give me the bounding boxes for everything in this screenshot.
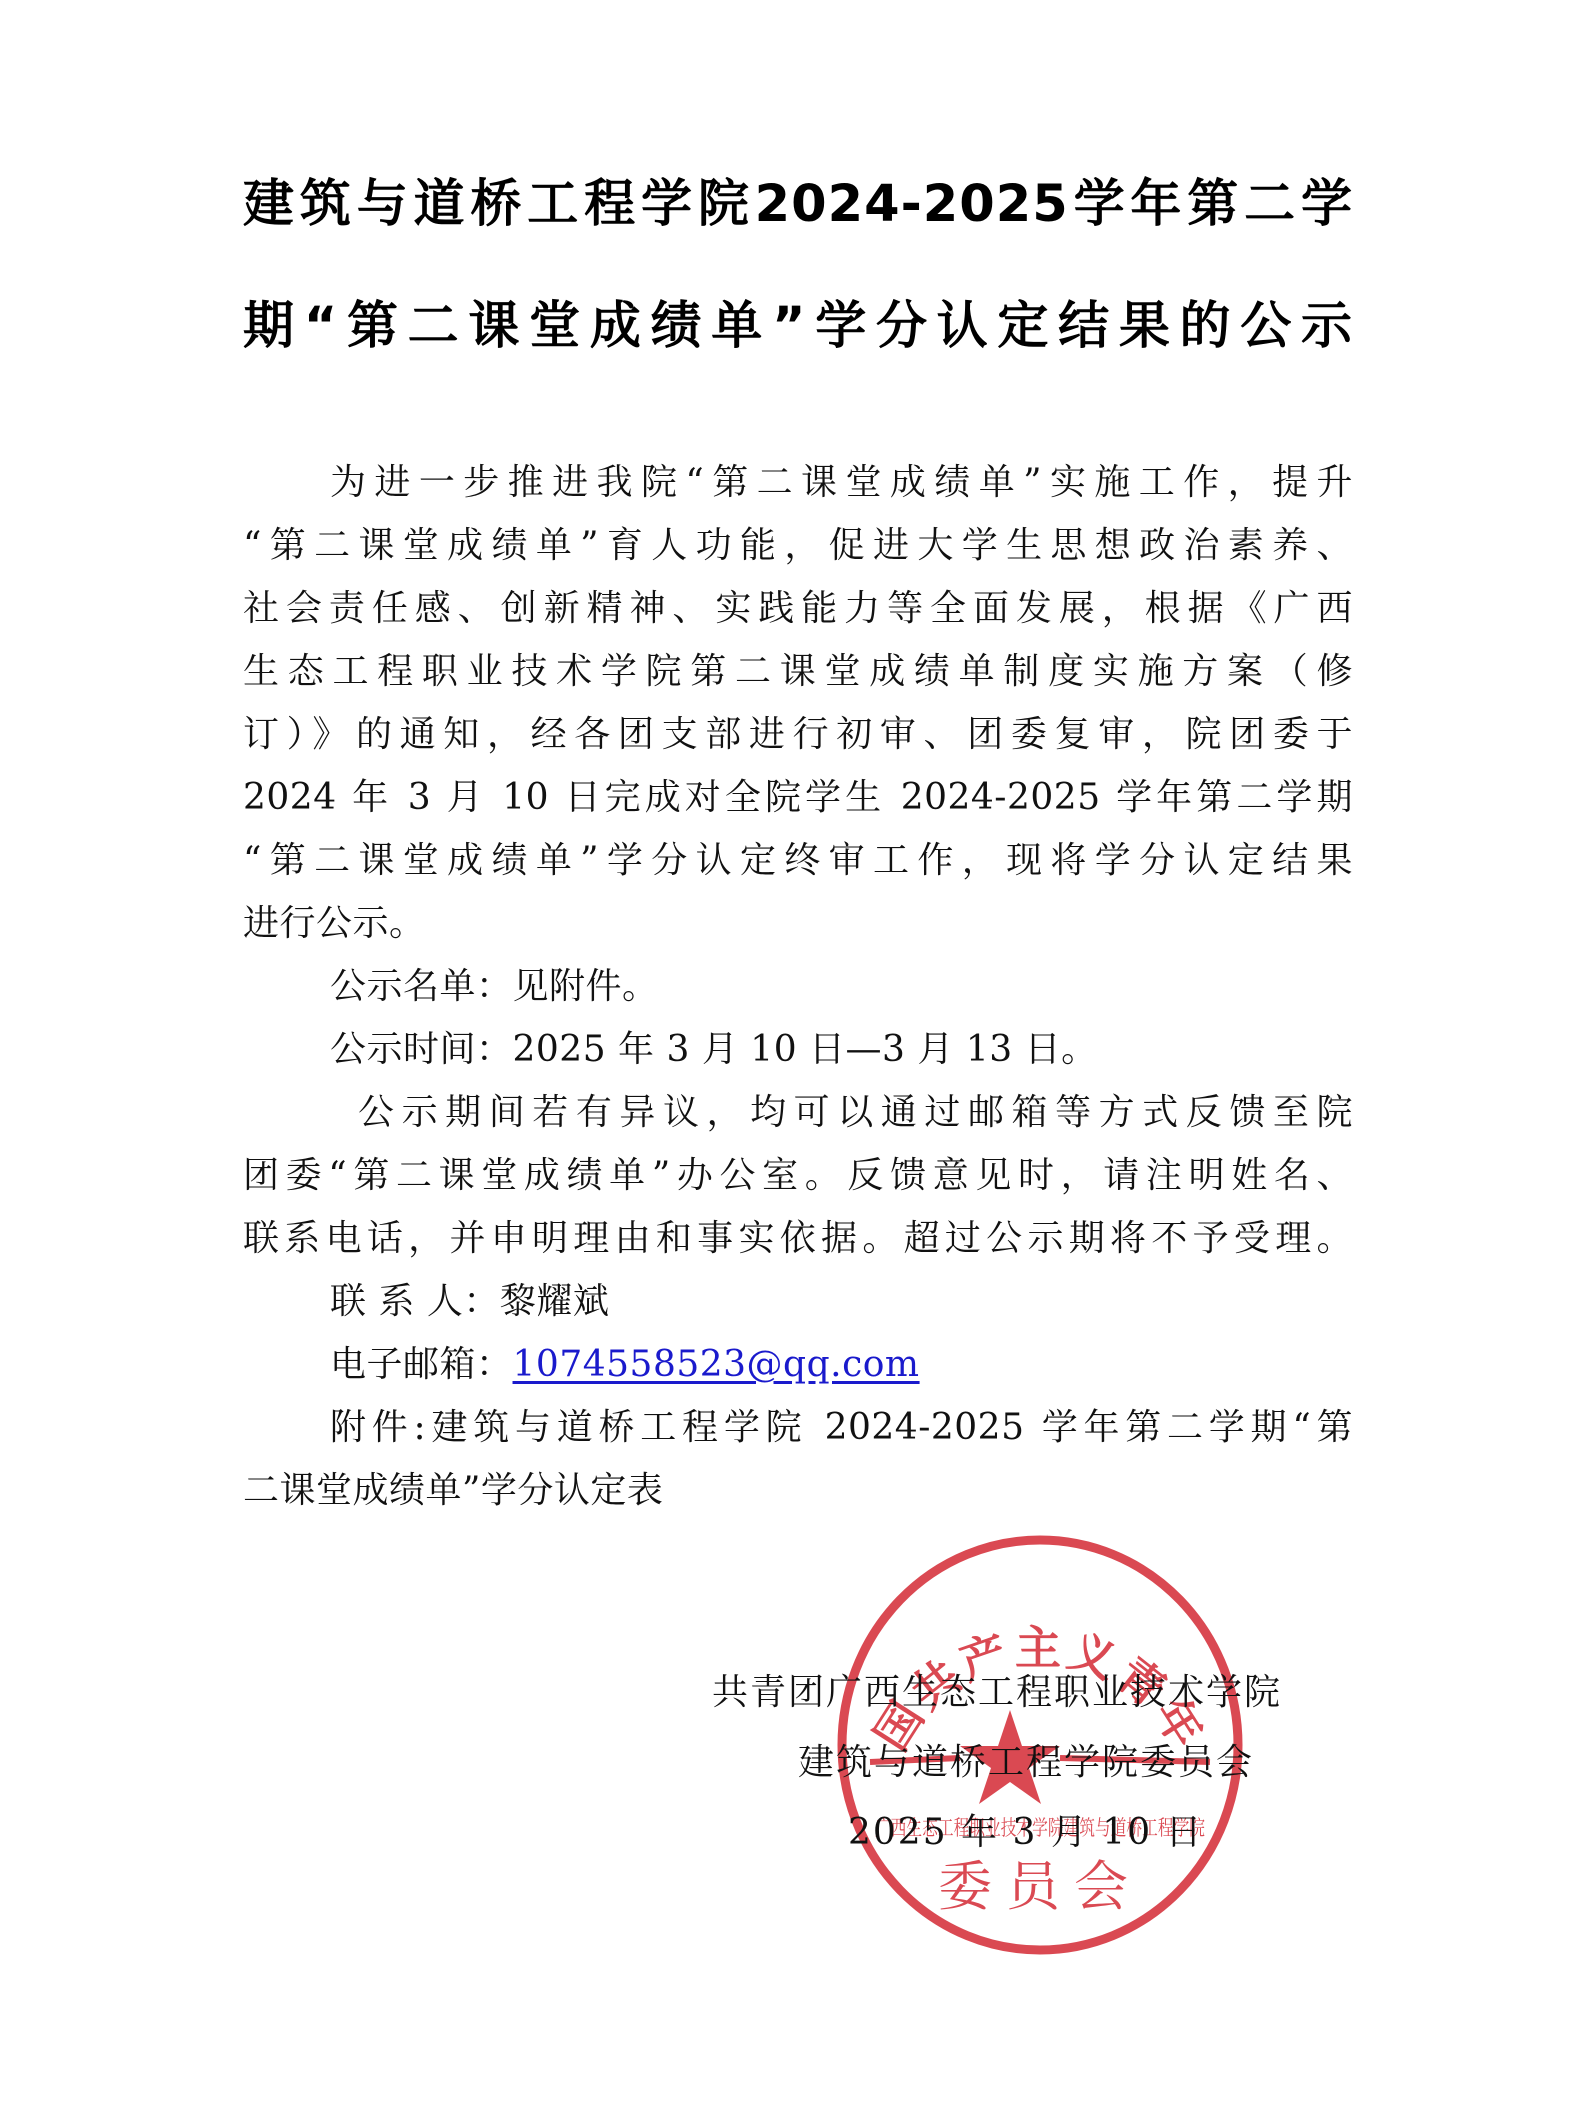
paragraph-1-line: 2024 年 3 月 10 日完成对全院学生 2024-2025 学年第二学期: [243, 776, 1353, 820]
contact-row: 联 系 人：黎耀斌: [330, 1280, 609, 1324]
paragraph-1-line: “第二课堂成绩单”育人功能，促进大学生思想政治素养、: [243, 524, 1353, 568]
paragraph-2-line: 联系电话，并申明理由和事实依据。超过公示期将不予受理。: [243, 1217, 1353, 1261]
document-page: 建筑与道桥工程学院2024-2025学年第二学 期“第二课堂成绩单”学分认定结果…: [0, 0, 1587, 2124]
attachment-line: 附件:建筑与道桥工程学院 2024-2025 学年第二学期“第: [330, 1406, 1353, 1450]
email-label: 电子邮箱：: [330, 1344, 513, 1385]
paragraph-1-line: 订）》的通知，经各团支部进行初审、团委复审，院团委于: [243, 713, 1353, 757]
paragraph-1-line: 社会责任感、创新精神、实践能力等全面发展，根据《广西: [243, 587, 1353, 631]
paragraph-1-line: “第二课堂成绩单”学分认定终审工作，现将学分认定结果: [243, 839, 1353, 883]
seal-top-arc-text: 中国共产主义青年团: [830, 1530, 1216, 1760]
email-row: 电子邮箱：1074558523@qq.com: [330, 1343, 920, 1387]
attachment-line: 二课堂成绩单”学分认定表: [243, 1469, 663, 1513]
paragraph-1-line: 进行公示。: [243, 902, 426, 946]
public-time-note: 公示时间：2025 年 3 月 10 日—3 月 13 日。: [330, 1028, 1098, 1072]
paragraph-1-line: 生态工程职业技术学院第二课堂成绩单制度实施方案（修: [243, 650, 1353, 694]
public-list-note: 公示名单：见附件。: [330, 965, 659, 1009]
signature-org-line-2: 建筑与道桥工程学院委员会: [798, 1741, 1254, 1785]
document-title-line-1: 建筑与道桥工程学院2024-2025学年第二学: [243, 162, 1353, 236]
paragraph-1-line: 为进一步推进我院“第二课堂成绩单”实施工作，提升: [330, 461, 1353, 505]
paragraph-2-line: 公示期间若有异议，均可以通过邮箱等方式反馈至院: [358, 1091, 1353, 1135]
document-title-line-2: 期“第二课堂成绩单”学分认定结果的公示: [243, 284, 1353, 358]
contact-name: 黎耀斌: [500, 1281, 610, 1322]
seal-bottom-text: 委员会: [938, 1855, 1142, 1918]
signature-date: 2025 年 3 月 10 日: [848, 1811, 1204, 1855]
signature-org-line-1: 共青团广西生态工程职业技术学院: [712, 1671, 1282, 1715]
paragraph-2-line: 团委“第二课堂成绩单”办公室。反馈意见时，请注明姓名、: [243, 1154, 1353, 1198]
email-link[interactable]: 1074558523@qq.com: [513, 1344, 920, 1385]
contact-label: 联 系 人：: [330, 1281, 500, 1322]
